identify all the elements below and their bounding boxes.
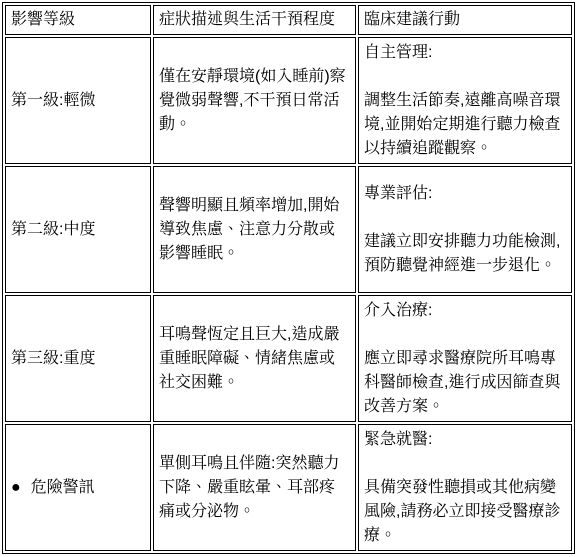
symptom-cell: 耳鳴聲恆定且巨大,造成嚴重睡眠障礙、情緒焦慮或社交困難。	[153, 295, 356, 422]
danger-bullet-icon: ●	[11, 479, 21, 496]
action-title: 自主管理:	[364, 41, 566, 65]
level-cell: 第三級:重度	[5, 295, 151, 422]
symptom-cell: 僅在安靜環境(如入睡前)察覺微弱聲響,不干預日常活動。	[153, 37, 356, 164]
column-header-symptom-description: 症狀描述與生活干預程度	[153, 5, 356, 35]
action-cell: 緊急就醫: 具備突發性聽損或其他病變風險,請務必立即接受醫療診療。	[358, 424, 572, 551]
tinnitus-severity-table: 影響等級 症狀描述與生活干預程度 臨床建議行動 第一級:輕微 僅在安靜環境(如入…	[2, 2, 575, 554]
action-body: 建議立即安排聽力功能檢測,預防聽覺神經進一步退化。	[364, 230, 566, 278]
symptom-cell: 聲響明顯且頻率增加,開始導致焦慮、注意力分散或影響睡眠。	[153, 166, 356, 293]
symptom-cell: 單側耳鳴且伴隨:突然聽力下降、嚴重眩暈、耳部疼痛或分泌物。	[153, 424, 356, 551]
table-row-level-1: 第一級:輕微 僅在安靜環境(如入睡前)察覺微弱聲響,不干預日常活動。 自主管理:…	[5, 37, 572, 164]
level-cell: 第二級:中度	[5, 166, 151, 293]
action-title: 專業評估:	[364, 182, 566, 206]
table-row-level-2: 第二級:中度 聲響明顯且頻率增加,開始導致焦慮、注意力分散或影響睡眠。 專業評估…	[5, 166, 572, 293]
header-row: 影響等級 症狀描述與生活干預程度 臨床建議行動	[5, 5, 572, 35]
table-row-danger-warning: ●危險警訊 單側耳鳴且伴隨:突然聽力下降、嚴重眩暈、耳部疼痛或分泌物。 緊急就醫…	[5, 424, 572, 551]
action-cell: 自主管理: 調整生活節奏,遠離高噪音環境,並開始定期進行聽力檢查以持續追蹤觀察。	[358, 37, 572, 164]
action-cell: 專業評估: 建議立即安排聽力功能檢測,預防聽覺神經進一步退化。	[358, 166, 572, 293]
action-body: 應立即尋求醫療院所耳鳴專科醫師檢查,進行成因篩查與改善方案。	[364, 347, 566, 419]
action-body: 調整生活節奏,遠離高噪音環境,並開始定期進行聽力檢查以持續追蹤觀察。	[364, 89, 566, 161]
level-cell: 第一級:輕微	[5, 37, 151, 164]
action-title: 緊急就醫:	[364, 428, 566, 452]
action-cell: 介入治療: 應立即尋求醫療院所耳鳴專科醫師檢查,進行成因篩查與改善方案。	[358, 295, 572, 422]
level-cell: ●危險警訊	[5, 424, 151, 551]
level-label: 危險警訊	[31, 479, 95, 496]
column-header-clinical-action: 臨床建議行動	[358, 5, 572, 35]
column-header-impact-level: 影響等級	[5, 5, 151, 35]
table-row-level-3: 第三級:重度 耳鳴聲恆定且巨大,造成嚴重睡眠障礙、情緒焦慮或社交困難。 介入治療…	[5, 295, 572, 422]
action-title: 介入治療:	[364, 299, 566, 323]
action-body: 具備突發性聽損或其他病變風險,請務必立即接受醫療診療。	[364, 476, 566, 548]
